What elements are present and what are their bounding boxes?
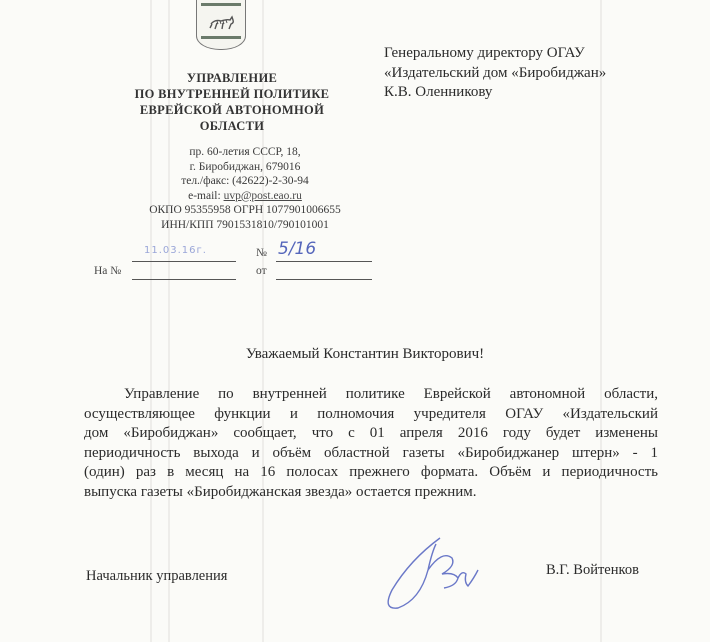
email-line: e-mail: uvp@post.eao.ru: [120, 189, 370, 204]
organization-contacts: пр. 60-летия СССР, 18, г. Биробиджан, 67…: [120, 145, 370, 232]
number-label: №: [256, 247, 267, 259]
phone-line: тел./факс: (42622)-2-30-94: [120, 174, 370, 189]
signer-name: В.Г. Войтенков: [546, 562, 639, 579]
organization-name: УПРАВЛЕНИЕ ПО ВНУТРЕННЕЙ ПОЛИТИКЕ ЕВРЕЙС…: [112, 70, 352, 134]
body-line: периодичность выхода и объём областной г…: [84, 444, 658, 464]
body-line: выпуска газеты «Биробиджанская звезда» о…: [84, 483, 658, 503]
signer-title: Начальник управления: [86, 568, 227, 585]
body-line: (один) раз в месяц на 16 полосах прежнег…: [84, 463, 658, 483]
city-line: г. Биробиджан, 679016: [120, 160, 370, 175]
coat-of-arms-emblem: [196, 0, 246, 50]
body-line: Управление по внутренней политике Еврейс…: [84, 385, 658, 405]
email-link[interactable]: uvp@post.eao.ru: [224, 190, 302, 202]
org-name-line: ЕВРЕЙСКОЙ АВТОНОМНОЙ: [112, 102, 352, 118]
letter-body: Управление по внутренней политике Еврейс…: [84, 385, 658, 502]
salutation-text: Уважаемый Константин Викторович!: [246, 346, 484, 362]
from-date-underline: [276, 279, 372, 280]
org-name-line: ОБЛАСТИ: [112, 118, 352, 134]
date-stamp: 11.03.16г.: [144, 245, 207, 256]
emblem-top-band: [201, 3, 241, 6]
recipient-line: К.В. Оленникову: [384, 83, 606, 103]
okpo-ogrn-line: ОКПО 95355958 ОГРН 1077901006655: [120, 203, 370, 218]
reference-block: 11.03.16г. № 5/16 На № от: [90, 245, 380, 285]
from-label: от: [256, 265, 267, 277]
address-line: пр. 60-летия СССР, 18,: [120, 145, 370, 160]
reply-number-underline: [132, 279, 236, 280]
number-underline: [276, 261, 372, 262]
inn-kpp-line: ИНН/КПП 7901531810/790101001: [120, 218, 370, 233]
tiger-icon: [209, 14, 235, 30]
signature-row: Начальник управления В.Г. Войтенков: [0, 560, 710, 640]
recipient-block: Генеральному директору ОГАУ «Издательски…: [384, 44, 606, 103]
body-line: осуществляющее функции и полномочия учре…: [84, 405, 658, 425]
date-underline: [132, 261, 236, 262]
emblem-bottom-band: [201, 36, 241, 39]
outgoing-number: 5/16: [278, 239, 316, 259]
handwritten-signature-icon: [370, 530, 490, 620]
org-name-line: УПРАВЛЕНИЕ: [112, 70, 352, 86]
reply-to-label: На №: [94, 265, 121, 277]
body-line: дом «Биробиджан» сообщает, что с 01 апре…: [84, 424, 658, 444]
org-name-line: ПО ВНУТРЕННЕЙ ПОЛИТИКЕ: [112, 86, 352, 102]
recipient-line: Генеральному директору ОГАУ: [384, 44, 606, 64]
email-label: e-mail:: [188, 190, 223, 202]
salutation: Уважаемый Константин Викторович!: [0, 346, 710, 363]
recipient-line: «Издательский дом «Биробиджан»: [384, 64, 606, 84]
